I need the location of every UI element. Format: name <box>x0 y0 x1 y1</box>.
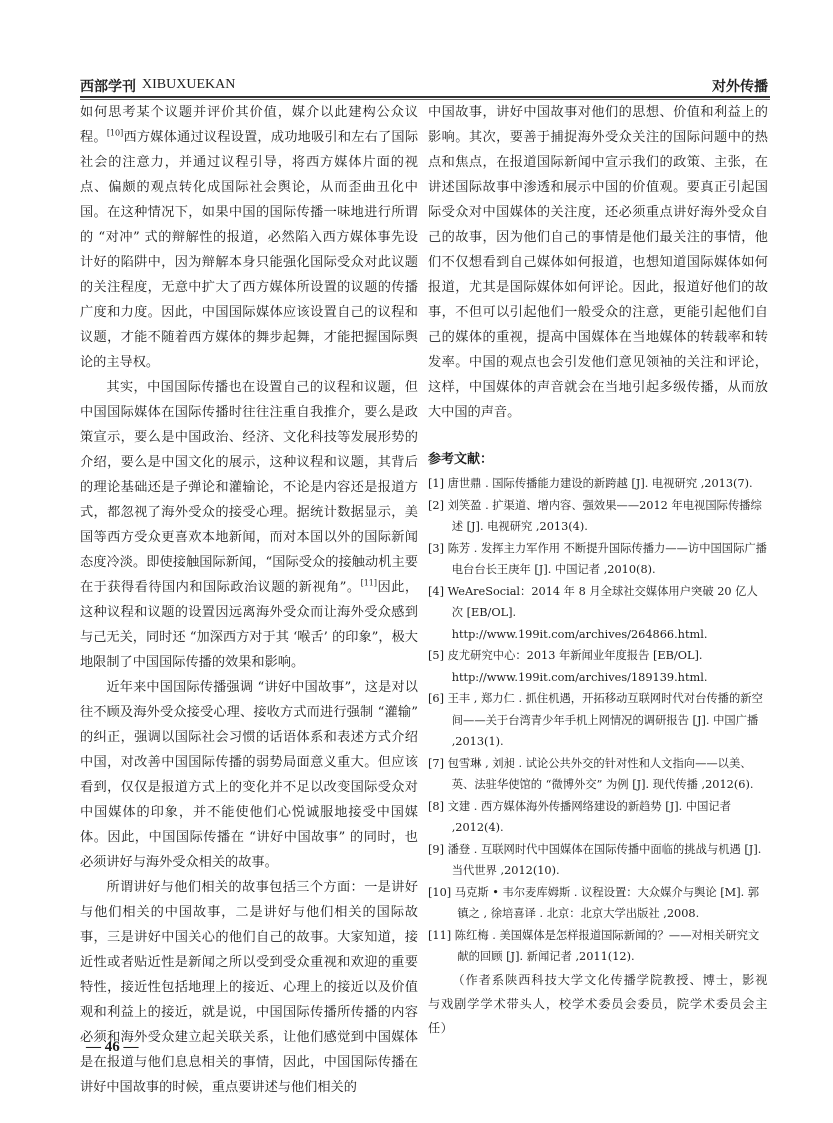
reference-item: [3] 陈芳 . 发挥主力军作用 不断提升国际传播力——访中国国际广播电台台长王… <box>428 538 768 581</box>
reference-item: [8] 文建 . 西方媒体海外传播网络建设的新趋势 [J]. 中国记者 ,201… <box>428 796 768 839</box>
paragraph-text: 其实，中国国际传播也在设置自己的议程和议题，但中国国际媒体在国际传播时往往注重自… <box>80 380 418 595</box>
paragraph: 近年来中国国际传播强调 “讲好中国故事”，这是对以往不顾及海外受众接受心理、接收… <box>80 675 418 875</box>
left-column: 如何思考某个议题并评价其价值，媒介以此建构公众议程。[10]西方媒体通过议程设置… <box>80 100 418 1100</box>
paragraph: 其实，中国国际传播也在设置自己的议程和议题，但中国国际媒体在国际传播时往往注重自… <box>80 375 418 675</box>
journal-name-en: XIBUXUEKAN <box>142 77 235 93</box>
citation-marker: [11] <box>361 579 377 588</box>
right-column: 中国故事，讲好中国故事对他们的思想、价值和利益上的影响。其次，要善于捕捉海外受众… <box>428 100 768 1040</box>
reference-item: [6] 王丰 , 郑力仁 . 抓住机遇，开拓移动互联网时代对台传播的新空间——关… <box>428 688 768 753</box>
reference-item: [1] 唐世鼎 . 国际传播能力建设的新跨越 [J]. 电视研究 ,2013(7… <box>428 473 768 495</box>
references-heading: 参考文献： <box>428 449 768 471</box>
section-title: 对外传播 <box>712 76 768 96</box>
paragraph: 中国故事，讲好中国故事对他们的思想、价值和利益上的影响。其次，要善于捕捉海外受众… <box>428 100 768 425</box>
reference-item: [9] 潘登 . 互联网时代中国媒体在国际传播中面临的挑战与机遇 [J]. 当代… <box>428 839 768 882</box>
header-rule-thick <box>80 96 770 98</box>
reference-item: [10] 马克斯 • 韦尔麦库姆斯 . 议程设置：大众媒介与舆论 [M]. 郭镇… <box>428 882 768 925</box>
page-number: — 46 — <box>86 1039 139 1056</box>
paragraph: 所谓讲好与他们相关的故事包括三个方面：一是讲好与他们相关的中国故事，二是讲好与他… <box>80 875 418 1100</box>
reference-item: [7] 包雪琳 , 刘昶 . 试论公共外交的针对性和人文指向——以美、英、法驻华… <box>428 753 768 796</box>
paragraph-text: 西方媒体通过议程设置，成功地吸引和左右了国际社会的注意力，并通过议程引导，将西方… <box>80 130 418 370</box>
journal-name-cn: 西部学刊 <box>80 76 136 96</box>
reference-item: [11] 陈红梅 . 美国媒体是怎样报道国际新闻的？——对相关研究文献的回顾 [… <box>428 925 768 968</box>
author-note: （作者系陕西科技大学文化传播学院教授、博士，影视与戏剧学学术带头人，校学术委员会… <box>428 968 768 1040</box>
running-header: 西部学刊 XIBUXUEKAN 对外传播 <box>80 76 770 96</box>
citation-marker: [10] <box>107 129 123 138</box>
paragraph: 如何思考某个议题并评价其价值，媒介以此建构公众议程。[10]西方媒体通过议程设置… <box>80 100 418 375</box>
reference-list: [1] 唐世鼎 . 国际传播能力建设的新跨越 [J]. 电视研究 ,2013(7… <box>428 473 768 968</box>
reference-item: [2] 刘笑盈 . 扩渠道、增内容、强效果——2012 年电视国际传播综述 [J… <box>428 495 768 538</box>
reference-item: [5] 皮尤研究中心：2013 年新闻业年度报告 [EB/OL]. http:/… <box>428 645 768 688</box>
reference-item: [4] WeAreSocial：2014 年 8 月全球社交媒体用户突破 20 … <box>428 581 768 646</box>
